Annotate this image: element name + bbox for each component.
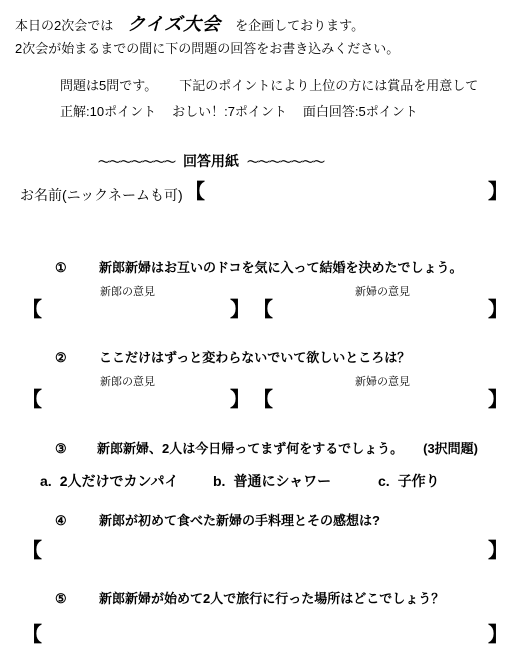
q2-bride-answer-open-bracket: 【: [253, 390, 273, 410]
rules-prizes: 下記のポイントにより上位の方には賞品を用意して: [179, 78, 478, 94]
point-correct: 正解:10ポイント: [60, 104, 156, 120]
q5-answer-open-bracket: 【: [22, 625, 42, 645]
option-a-label: 2人だけでカンパイ: [60, 471, 179, 491]
question-3-number: ③: [55, 441, 67, 457]
q1-groom-answer-open-bracket: 【: [22, 300, 42, 320]
q5-answer-close-bracket: 】: [488, 625, 508, 645]
intro-line1-prefix: 本日の2次会では: [15, 18, 113, 34]
question-1-bride-label: 新婦の意見: [355, 286, 410, 299]
q1-bride-answer-open-bracket: 【: [253, 300, 273, 320]
question-2-bride-label: 新婦の意見: [355, 376, 410, 389]
question-3-line: 新郎新婦、2人は今日帰ってまず何をするでしょう。 (3択問題): [97, 441, 478, 457]
q2-groom-answer-open-bracket: 【: [22, 390, 42, 410]
option-c-label: 子作り: [398, 471, 440, 491]
question-2-groom-label: 新郎の意見: [100, 376, 155, 389]
point-funny: 面白回答:5ポイント: [303, 104, 418, 120]
quiz-answer-sheet-document: 本日の2次会では クイズ大会 を企画しております。 2次会が始まるまでの間に下の…: [0, 0, 530, 654]
option-b-key: b.: [213, 473, 225, 489]
question-2-number: ②: [55, 350, 67, 366]
option-a-key: a.: [40, 473, 52, 489]
rules-line: 問題は5問です。 下記のポイントにより上位の方には賞品を用意して: [60, 78, 478, 94]
q4-answer-close-bracket: 】: [488, 541, 508, 561]
name-label: お名前(ニックネームも可): [20, 187, 183, 204]
question-5-number: ⑤: [55, 591, 67, 607]
sheet-header: ～～～～～～～ 回答用紙 ～～～～～～～: [98, 151, 324, 171]
q4-answer-open-bracket: 【: [22, 541, 42, 561]
sheet-title: 回答用紙: [183, 151, 239, 171]
q2-bride-answer-close-bracket: 】: [488, 390, 508, 410]
point-close: おしい！:7ポイント: [172, 104, 287, 120]
intro-line-1: 本日の2次会では クイズ大会 を企画しております。: [15, 10, 364, 36]
option-b-label: 普通にシャワー: [233, 471, 331, 491]
question-5-text: 新郎新婦が始めて2人で旅行に行った場所はどこでしょう？: [99, 591, 444, 607]
question-1-number: ①: [55, 260, 67, 276]
question-3-option-c: c. 子作り: [378, 471, 440, 491]
name-slot-open-bracket: 【: [185, 182, 205, 202]
event-name: クイズ大会: [127, 10, 221, 36]
question-4-number: ④: [55, 513, 67, 529]
wave-right-decoration: ～～～～～～～: [247, 153, 324, 170]
intro-line1-suffix: を企画しております。: [235, 18, 364, 34]
question-2-text: ここだけはずっと変わらないでいて欲しいところは？: [99, 350, 410, 366]
question-4-text: 新郎が初めて食べた新婦の手料理とその感想は?: [99, 513, 380, 529]
points-line: 正解:10ポイント おしい！:7ポイント 面白回答:5ポイント: [60, 104, 418, 120]
question-3-note: (3択問題): [423, 441, 478, 457]
q1-groom-answer-close-bracket: 】: [230, 300, 250, 320]
q1-bride-answer-close-bracket: 】: [488, 300, 508, 320]
intro-line-2: 2次会が始まるまでの間に下の問題の回答をお書き込みください。: [15, 41, 399, 57]
question-3-option-a: a. 2人だけでカンパイ: [40, 471, 179, 491]
wave-left-decoration: ～～～～～～～: [98, 153, 175, 170]
question-1-text: 新郎新婦はお互いのドコを気に入って結婚を決めたでしょう。: [99, 260, 462, 276]
q2-groom-answer-close-bracket: 】: [230, 390, 250, 410]
option-c-key: c.: [378, 473, 390, 489]
name-slot-close-bracket: 】: [488, 182, 508, 202]
question-3-option-b: b. 普通にシャワー: [213, 471, 331, 491]
question-3-text: 新郎新婦、2人は今日帰ってまず何をするでしょう。: [97, 441, 403, 457]
question-1-groom-label: 新郎の意見: [100, 286, 155, 299]
rules-count: 問題は5問です。: [60, 78, 157, 94]
